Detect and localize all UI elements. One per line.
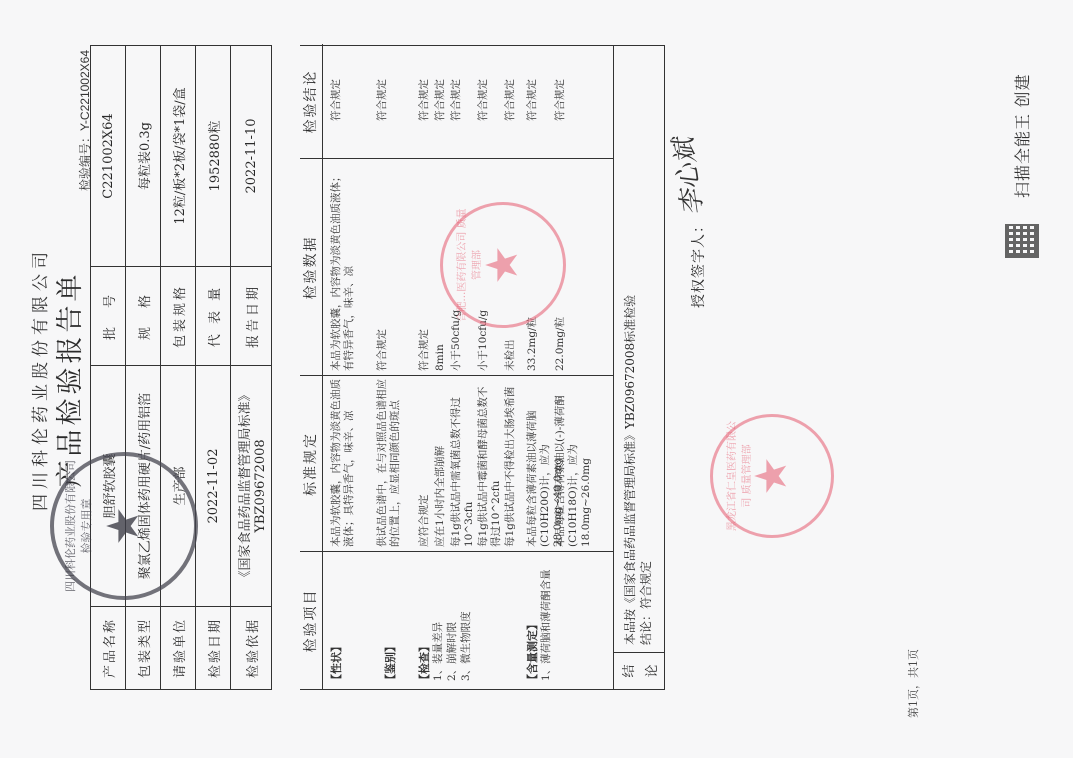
result-cell: 符合规定 (376, 46, 389, 154)
info-value: 12粒/板*2板/袋*1袋/盒 (161, 46, 196, 267)
stamp-text: 黑龙江省仁皇医药有限公司 质量管理部 (723, 417, 753, 535)
conclusion-label-char: 论 (641, 665, 660, 678)
info-label: 请验单位 (161, 607, 196, 690)
result-cell: 符合规定 (526, 46, 539, 154)
info-row: 检验日期 2022-11-02 代 表 量 1952880粒 (196, 46, 231, 690)
star-icon: ★ (102, 506, 146, 545)
conclusion-label-char: 结 (618, 665, 637, 678)
stamp-text: 合肥…医药有限公司 质量管理部 (453, 205, 483, 325)
item-name: 2、崩解时限 (446, 622, 459, 681)
result-cell: 符合规定 (450, 46, 463, 154)
section-title: 【性状】 (330, 641, 343, 685)
info-label: 批 号 (91, 267, 126, 366)
info-value: 每粒装0.3g (126, 46, 161, 267)
stamp-text: 四川科伦药业股份有限公司 检验专用章 (62, 456, 94, 596)
info-value: 1952880粒 (196, 46, 231, 267)
info-label: 包装规格 (161, 267, 196, 366)
result-cell: 符合规定 (418, 46, 431, 154)
info-label: 包装类型 (126, 607, 161, 690)
inspection-report-page: 四川科伦药业股份有限公司 产品检验报告单 检验编号：Y-C221002X64 产… (0, 0, 1073, 758)
result-cell: 符合规定 (330, 46, 343, 154)
standard-cell: 供试品色谱中，在与对照品色谱相应的位置上，应显相同颜色的斑点 (376, 379, 402, 547)
quality-seal-stamp: ★ 合肥…医药有限公司 质量管理部 (440, 202, 566, 328)
standard-cell: 每1g供试品中不得检出大肠埃希菌 (504, 379, 517, 547)
conclusion-label: 结 论 (614, 652, 664, 689)
signature: 李心斌 (663, 136, 710, 218)
standard-cell: 每1g供试品中需氧菌总数不得过10^3cfu (450, 379, 476, 547)
result-cell: 符合规定 (554, 46, 567, 154)
column-divider (300, 375, 614, 376)
standard-cell: 应在1小时内全部崩解 (434, 379, 447, 547)
standard-cell: 本品每粒含薄荷素油以(-)-薄荷酮(C10H18O)计，应为18.0mg~26.… (554, 379, 593, 547)
standard-cell: 每1g供试品中霉菌和酵母菌总数不得过10^2cfu (477, 379, 503, 547)
info-row: 请验单位 生产部 包装规格 12粒/板*2板/袋*1袋/盒 (161, 46, 196, 690)
scanner-watermark: 扫描全能王 创建 (1010, 74, 1033, 198)
company-seal-stamp: ★ 四川科伦药业股份有限公司 检验专用章 (50, 452, 198, 600)
info-label: 产品名称 (91, 607, 126, 690)
test-results-table: 检验项目 标准规定 检验数据 检验结论 【性状】 本品为软胶囊，内容物为淡黄色油… (300, 45, 665, 690)
star-icon: ★ (750, 456, 794, 495)
header-standard: 标准规定 (300, 376, 323, 552)
header-data: 检验数据 (300, 159, 323, 376)
result-cell: 符合规定 (434, 46, 447, 154)
header-result: 检验结论 (300, 44, 323, 159)
section-title: 【鉴别】 (384, 641, 397, 685)
header-item: 检验项目 (300, 552, 323, 689)
section-title: 【检查】 (418, 641, 431, 685)
qr-code-icon (1005, 224, 1039, 258)
section-title: 【含量测定】 (526, 619, 539, 685)
conclusion-line: 结论：符合规定 (638, 295, 654, 645)
conclusion-text: 本品按《国家食品药品监督管理局标准》YBZ09672008标准检验 结论：符合规… (622, 295, 654, 645)
info-label: 规 格 (126, 267, 161, 366)
info-row: 检验依据 《国家食品药品监督管理局标准》YBZ09672008 报告日期 202… (231, 46, 272, 690)
star-icon: ★ (481, 245, 525, 284)
info-value: 《国家食品药品监督管理局标准》YBZ09672008 (231, 366, 272, 607)
info-label: 检验日期 (196, 607, 231, 690)
distributor-seal-stamp: ★ 黑龙江省仁皇医药有限公司 质量管理部 (710, 414, 834, 538)
column-divider (300, 551, 614, 552)
column-divider (300, 158, 614, 159)
info-label: 代 表 量 (196, 267, 231, 366)
signer-label: 授权签字人： (688, 218, 708, 308)
info-value: 2022-11-10 (231, 46, 272, 267)
data-cell: 本品为软胶囊，内容物为淡黄色油质液体；有特异香气，味辛、凉 (330, 163, 356, 371)
data-cell: 符合规定 (376, 163, 389, 371)
data-cell: 符合规定 (418, 163, 431, 371)
conclusion-row: 结 论 本品按《国家食品药品监督管理局标准》YBZ09672008标准检验 结论… (613, 46, 664, 689)
item-name: 3、微生物限度 (460, 611, 473, 681)
info-label: 检验依据 (231, 607, 272, 690)
item-name: 1、装量差异 (432, 622, 445, 681)
item-name: 1、薄荷脑和薄荷酮含量 (540, 556, 553, 681)
standard-cell: 应符合规定 (418, 379, 431, 547)
conclusion-line: 本品按《国家食品药品监督管理局标准》YBZ09672008标准检验 (622, 295, 638, 645)
result-cell: 符合规定 (504, 46, 517, 154)
info-label: 报告日期 (231, 267, 272, 366)
info-value: 2022-11-02 (196, 366, 231, 607)
result-cell: 符合规定 (477, 46, 490, 154)
page-number: 第1页，共1页 (905, 649, 921, 718)
info-value: C221002X64 (91, 46, 126, 267)
standard-cell: 本品为软胶囊，内容物为淡黄色油质液体；具特异香气，味辛、凉 (330, 379, 356, 547)
